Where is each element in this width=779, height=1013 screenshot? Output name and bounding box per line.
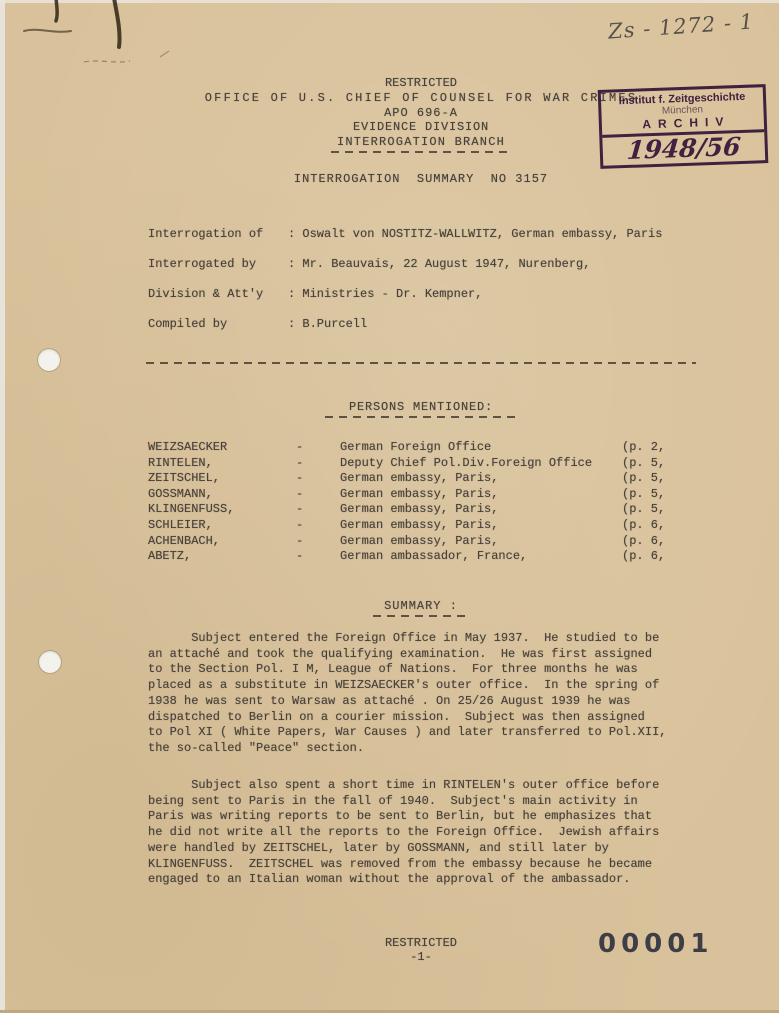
person-role: German embassy, Paris, xyxy=(340,502,622,518)
detail-label: Interrogation of xyxy=(148,227,288,257)
person-name: WEIZSAECKER xyxy=(148,440,296,456)
person-row: WEIZSAECKER - German Foreign Office (p. … xyxy=(148,440,708,456)
persons-mentioned-heading: PERSONS MENTIONED: xyxy=(148,400,694,414)
detail-row-compiled-by: Compiled by : B.Purcell xyxy=(148,317,708,347)
person-row: SCHLEIER, - German embassy, Paris, (p. 6… xyxy=(148,518,708,534)
person-name: KLINGENFUSS, xyxy=(148,502,296,518)
person-dash: - xyxy=(296,549,340,565)
person-page-ref: (p. 5, xyxy=(622,471,708,487)
person-row: ZEITSCHEL, - German embassy, Paris, (p. … xyxy=(148,471,708,487)
summary-section-heading-wrap: SUMMARY : xyxy=(148,599,694,617)
person-role: German embassy, Paris, xyxy=(340,534,622,550)
person-role: German ambassador, France, xyxy=(340,549,622,565)
person-page-ref: (p. 6, xyxy=(622,549,708,565)
person-page-ref: (p. 6, xyxy=(622,518,708,534)
persons-mentioned-table: WEIZSAECKER - German Foreign Office (p. … xyxy=(148,440,708,565)
person-row: GOSSMANN, - German embassy, Paris, (p. 5… xyxy=(148,487,708,503)
summary-paragraph-2: Subject also spent a short time in RINTE… xyxy=(148,778,659,888)
header-dashed-underline xyxy=(331,151,511,153)
detail-value: : Oswalt von NOSTITZ-WALLWITZ, German em… xyxy=(288,227,662,257)
person-page-ref: (p. 2, xyxy=(622,440,708,456)
archive-stamp-box: Institut f. Zeitgeschichte München ARCHI… xyxy=(598,84,769,169)
person-name: ACHENBACH, xyxy=(148,534,296,550)
person-name: SCHLEIER, xyxy=(148,518,296,534)
person-name: GOSSMANN, xyxy=(148,487,296,503)
person-page-ref: (p. 5, xyxy=(622,502,708,518)
person-dash: - xyxy=(296,534,340,550)
person-role: German embassy, Paris, xyxy=(340,471,622,487)
punch-hole-bottom xyxy=(39,651,61,673)
person-role: German Foreign Office xyxy=(340,440,622,456)
person-page-ref: (p. 5, xyxy=(622,456,708,472)
summary-paragraph-1: Subject entered the Foreign Office in Ma… xyxy=(148,631,666,757)
person-role: German embassy, Paris, xyxy=(340,487,622,503)
person-row: RINTELEN, - Deputy Chief Pol.Div.Foreign… xyxy=(148,456,708,472)
detail-row-interrogation-of: Interrogation of : Oswalt von NOSTITZ-WA… xyxy=(148,227,708,257)
person-dash: - xyxy=(296,440,340,456)
detail-row-interrogated-by: Interrogated by : Mr. Beauvais, 22 Augus… xyxy=(148,257,708,287)
person-row: ACHENBACH, - German embassy, Paris, (p. … xyxy=(148,534,708,550)
person-dash: - xyxy=(296,487,340,503)
punch-hole-top xyxy=(38,349,60,371)
detail-value: : Mr. Beauvais, 22 August 1947, Nurenber… xyxy=(288,257,590,287)
person-row: ABETZ, - German ambassador, France, (p. … xyxy=(148,549,708,565)
person-role: Deputy Chief Pol.Div.Foreign Office xyxy=(340,456,622,472)
detail-value: : B.Purcell xyxy=(288,317,367,347)
detail-label: Compiled by xyxy=(148,317,288,347)
detail-row-division-attorney: Division & Att'y : Ministries - Dr. Kemp… xyxy=(148,287,708,317)
persons-mentioned-section: PERSONS MENTIONED: xyxy=(148,400,694,418)
detail-label: Division & Att'y xyxy=(148,287,288,317)
person-name: ZEITSCHEL, xyxy=(148,471,296,487)
persons-heading-underline xyxy=(325,416,517,418)
archive-stamp-header: Institut f. Zeitgeschichte München ARCHI… xyxy=(601,87,764,138)
interrogation-details: Interrogation of : Oswalt von NOSTITZ-WA… xyxy=(148,227,708,347)
summary-heading: SUMMARY : xyxy=(148,599,694,613)
serial-number-stamp: 00001 xyxy=(598,929,713,959)
person-page-ref: (p. 6, xyxy=(622,534,708,550)
document-title: INTERROGATION SUMMARY NO 3157 xyxy=(148,172,694,186)
person-row: KLINGENFUSS, - German embassy, Paris, (p… xyxy=(148,502,708,518)
person-dash: - xyxy=(296,518,340,534)
person-name: ABETZ, xyxy=(148,549,296,565)
person-name: RINTELEN, xyxy=(148,456,296,472)
handwritten-archive-reference: Zs - 1272 - 1 xyxy=(607,8,768,43)
detail-value: : Ministries - Dr. Kempner, xyxy=(288,287,482,317)
dashed-separator-line xyxy=(146,362,696,364)
summary-heading-underline xyxy=(373,615,469,617)
stamp-handwritten-number: 1948/56 xyxy=(602,132,766,166)
scan-edge-left xyxy=(0,0,5,1013)
person-page-ref: (p. 5, xyxy=(622,487,708,503)
scanned-document-page: Zs - 1272 - 1 RESTRICTED OFFICE OF U.S. … xyxy=(0,0,779,1013)
pen-ink-marks xyxy=(0,0,260,80)
person-dash: - xyxy=(296,471,340,487)
detail-label: Interrogated by xyxy=(148,257,288,287)
person-dash: - xyxy=(296,502,340,518)
person-role: German embassy, Paris, xyxy=(340,518,622,534)
person-dash: - xyxy=(296,456,340,472)
